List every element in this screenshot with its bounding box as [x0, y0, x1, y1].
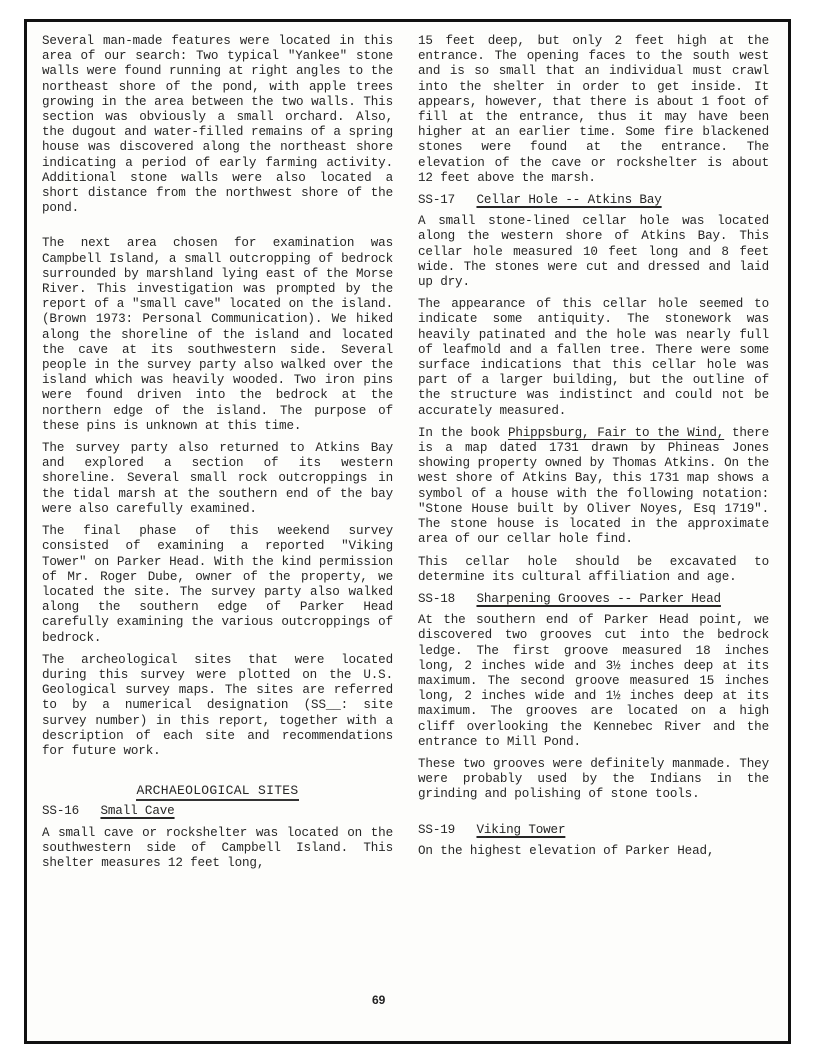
paragraph-ss17-antiquity: The appearance of this cellar hole seeme…: [418, 297, 769, 419]
paragraph-ss17-recommendation: This cellar hole should be excavated to …: [418, 555, 769, 585]
paragraph-ss17-map: In the book Phippsburg, Fair to the Wind…: [418, 426, 769, 548]
section-title-text: ARCHAEOLOGICAL SITES: [136, 783, 298, 801]
document-page: Several man-made features were located i…: [24, 19, 791, 1044]
site-heading-ss17: SS-17 Cellar Hole -- Atkins Bay: [418, 193, 769, 208]
text-rest: there is a map dated 1731 drawn by Phine…: [418, 426, 769, 546]
page-number: 69: [372, 993, 385, 1007]
section-title-archaeological-sites: ARCHAEOLOGICAL SITES: [42, 783, 393, 798]
left-column: Several man-made features were located i…: [42, 34, 393, 878]
site-title: Small Cave: [100, 804, 174, 818]
paragraph-ss16-continued: 15 feet deep, but only 2 feet high at th…: [418, 34, 769, 186]
site-title: Cellar Hole -- Atkins Bay: [476, 193, 661, 207]
paragraph-features: Several man-made features were located i…: [42, 34, 393, 216]
right-column: 15 feet deep, but only 2 feet high at th…: [418, 34, 769, 866]
paragraph-ss18-description: At the southern end of Parker Head point…: [418, 613, 769, 750]
book-title: Phippsburg, Fair to the Wind,: [508, 426, 724, 440]
site-number: SS-18: [418, 592, 455, 606]
paragraph-ss19-description: On the highest elevation of Parker Head,: [418, 844, 769, 859]
paragraph-atkins-bay: The survey party also returned to Atkins…: [42, 441, 393, 517]
site-title: Sharpening Grooves -- Parker Head: [476, 592, 720, 606]
site-heading-ss19: SS-19 Viking Tower: [418, 823, 769, 838]
site-title: Viking Tower: [476, 823, 565, 837]
paragraph-ss17-description: A small stone-lined cellar hole was loca…: [418, 214, 769, 290]
paragraph-campbell-island: The next area chosen for examination was…: [42, 236, 393, 434]
site-number: SS-19: [418, 823, 455, 837]
paragraph-ss18-interpretation: These two grooves were definitely manmad…: [418, 757, 769, 803]
site-heading-ss16: SS-16 Small Cave: [42, 804, 393, 819]
site-heading-ss18: SS-18 Sharpening Grooves -- Parker Head: [418, 592, 769, 607]
site-number: SS-17: [418, 193, 455, 207]
paragraph-site-designation: The archeological sites that were locate…: [42, 653, 393, 759]
paragraph-ss16-description: A small cave or rockshelter was located …: [42, 826, 393, 872]
site-number: SS-16: [42, 804, 79, 818]
text-prefix: In the book: [418, 426, 508, 440]
paragraph-final-phase: The final phase of this weekend survey c…: [42, 524, 393, 646]
